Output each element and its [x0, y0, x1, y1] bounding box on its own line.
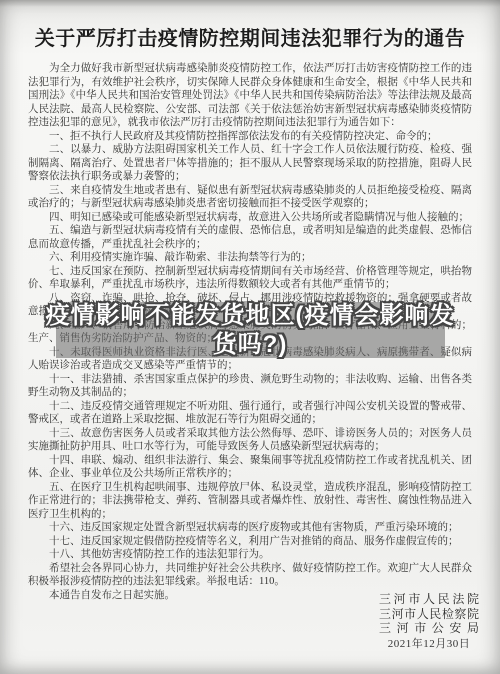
notice-item-17: 十七、违反国家规定假借防控疫情等名义，利用广告对推销的商品、服务作虚假宣传的； — [28, 535, 472, 549]
notice-item-6: 六、利用疫情实施诈骗、敲诈勒索、非法拘禁等行为的； — [28, 251, 472, 265]
caption-overlay: 疫情影响不能发货地区(疫情会影响发 货吗?) — [0, 301, 500, 359]
caption-line-1: 疫情影响不能发货地区(疫情会影响发 — [0, 301, 500, 330]
notice-item-14: 十四、串联、煽动、组织非法游行、集会、聚集闹事等扰乱疫情防控工作或者扰乱机关、团… — [28, 454, 472, 481]
signature-date: 2021年12月30日 — [379, 637, 479, 652]
notice-intro-paragraph: 为全力做好我市新型冠状病毒感染肺炎疫情防控工作，依法严厉打击妨害疫情防控工作的违… — [28, 62, 472, 130]
signature-procuratorate: 三河市人民检察院 — [379, 607, 479, 622]
signature-police: 三河市公安局 — [379, 621, 479, 636]
notice-item-15: 五、在医疗卫生机构起哄闹事、违规停放尸体、私设灵堂，造成秩序混乱，影响疫情防控工… — [28, 481, 472, 522]
caption-line-2: 货吗?) — [0, 330, 500, 359]
notice-closing-paragraph: 希望社会各界同心协力，共同维护好社会公共秩序、做好疫情防控工作。欢迎广大人民群众… — [28, 562, 472, 589]
notice-item-1: 一、拒不执行人民政府及其疫情防控指挥部依法发布的有关疫情防控决定、命令的； — [28, 130, 472, 144]
signature-court: 三河市人民法院 — [379, 592, 479, 607]
document-photo: 关于严厉打击疫情防控期间违法犯罪行为的通告 为全力做好我市新型冠状病毒感染肺炎疫… — [0, 0, 500, 674]
notice-title: 关于严厉打击疫情防控期间违法犯罪行为的通告 — [14, 27, 486, 51]
notice-item-11: 十一、非法猎捕、杀害国家重点保护的珍贵、濒危野生动物的；非法收购、运输、出售各类… — [28, 373, 472, 400]
notice-item-3: 三、来自疫情发生地或者患有、疑似患有新型冠状病毒感染肺炎的人员拒绝接受检疫、隔离… — [28, 184, 472, 211]
notice-item-16: 十六、违反国家规定处置含新型冠状病毒的医疗废物或其他有害物质，严重污染环境的； — [28, 521, 472, 535]
notice-item-4: 四、明知已感染或可能感染新型冠状病毒，故意进入公共场所或者隐瞒情况与他人接触的； — [28, 211, 472, 225]
signature-block: 三河市人民法院 三河市人民检察院 三河市公安局 2021年12月30日 — [379, 592, 479, 651]
notice-item-13: 十三、故意伤害医务人员或者采取其他方法公然侮辱、恐吓、诽谤医务人员的；对医务人员… — [28, 427, 472, 454]
notice-item-2: 二、以暴力、威胁方法阻碍国家机关工作人员、红十字会工作人员依法履行防疫、检疫、强… — [28, 143, 472, 184]
notice-item-18: 十八、其他妨害疫情防控工作的违法犯罪行为。 — [28, 548, 472, 562]
notice-item-12: 十二、违反疫情交通管理规定不听劝阻、强行通行，或者强行冲闯公安机关设置的警戒带、… — [28, 400, 472, 427]
notice-item-5: 五、编造与新型冠状病毒疫情有关的虚假、恐怖信息，或者明知是编造的此类虚假、恐怖信… — [28, 224, 472, 251]
notice-item-7: 七、违反国家在预防、控制新型冠状病毒疫情期间有关市场经营、价格管理等规定，哄抬物… — [28, 265, 472, 292]
